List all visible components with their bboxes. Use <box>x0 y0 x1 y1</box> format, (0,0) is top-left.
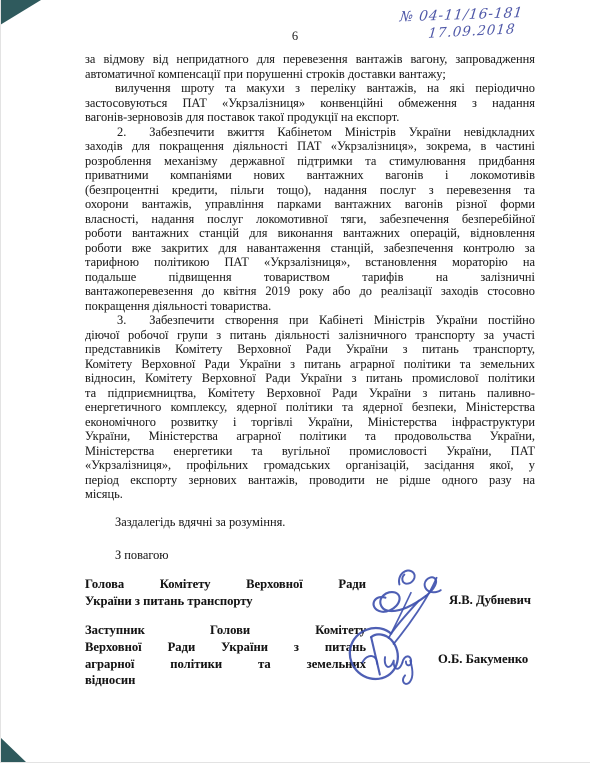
page-number: 6 <box>0 29 590 44</box>
body-line: за відмову від непридатного для перевезе… <box>85 52 535 67</box>
signatory-name-1: Я.В. Дубневич <box>449 593 531 608</box>
body-line: охорони вантажів, управління парками ван… <box>85 197 535 212</box>
closing-regards: З повагою <box>85 548 535 563</box>
body-line: автоматичної компенсації при порушенні с… <box>85 67 535 82</box>
signatory-title-line: Голова Комітету Верховної Ради <box>85 576 366 593</box>
body-line: покращення діяльності товариства. <box>85 299 535 314</box>
signatory-title-line: аграрної політики та земельних <box>85 656 366 673</box>
scan-corner-top-left <box>0 0 41 25</box>
body-line: роботи вже закритих для навантаження ста… <box>85 241 535 256</box>
body-line: тарифною політикою ПАТ «Укрзалізниця», в… <box>85 255 535 270</box>
body-line: вилучення шроту та макухи з переліку ван… <box>85 81 535 96</box>
signatory-title-line: відносин <box>85 672 366 689</box>
signatory-name-2: О.Б. Бакуменко <box>438 652 528 667</box>
body-line: розроблення механізму державної підтримк… <box>85 154 535 169</box>
closing-thanks: Заздалегідь вдячні за розуміння. <box>85 515 535 530</box>
body-line: (безпроцентні кредити, пільги тощо), над… <box>85 183 535 198</box>
letter-body: за відмову від непридатного для перевезе… <box>85 52 535 563</box>
body-line: енергетичного комплексу, ядерної політик… <box>85 400 535 415</box>
body-line: 3.Забезпечити створення при Кабінеті Мін… <box>85 313 535 328</box>
signatory-title-line: Заступник Голови Комітету <box>85 622 366 639</box>
body-line: діючої робочої групи з питань діяльності… <box>85 328 535 343</box>
body-line: вантажоперевезення до квітня 2019 року а… <box>85 284 535 299</box>
scan-corner-bottom-left <box>0 737 27 763</box>
body-line: Комітету Верховної Ради України з питань… <box>85 357 535 372</box>
body-line: «Укрзалізниця», профільних громадських о… <box>85 458 535 473</box>
signatory-title-line: Верховної Ради України з питань <box>85 639 366 656</box>
body-line: Міністерства енергетики та вугільної про… <box>85 444 535 459</box>
body-line: економічного розвитку і торгівлі України… <box>85 415 535 430</box>
body-line: місяць. <box>85 487 535 502</box>
body-line: 2.Забезпечити вжиття Кабінетом Міністрів… <box>85 125 535 140</box>
signatory-title-line: України з питань транспорту <box>85 593 366 610</box>
body-line: період експорту зернових вантажів, прово… <box>85 473 535 488</box>
body-line: та підприємництва, Комітету Верховної Ра… <box>85 386 535 401</box>
signatory-title-2: Заступник Голови Комітету Верховної Ради… <box>85 622 366 689</box>
body-line: представників Комітету Верховної Ради Ук… <box>85 342 535 357</box>
body-line: заходів для покращення діяльності ПАТ «У… <box>85 139 535 154</box>
body-line: подальше підвищення товариством тарифів … <box>85 270 535 285</box>
paragraph-text: Забезпечити вжиття Кабінетом Міністрів У… <box>149 125 535 139</box>
paragraph-number: 3. <box>117 313 126 327</box>
body-line: приватними компаніями нових вантажних ва… <box>85 168 535 183</box>
body-line: вагонів-зерновозів для поставок такої пр… <box>85 110 535 125</box>
scanned-letter-page: № 04-11/16-181 17.09.2018 6 за відмову в… <box>0 0 590 763</box>
body-line: України, Міністерства аграрної політики … <box>85 429 535 444</box>
signatory-title-1: Голова Комітету Верховної Ради України з… <box>85 576 366 610</box>
signature-squiggle-bakumenko <box>344 598 440 698</box>
body-line: власності, надання послуг локомотивної т… <box>85 212 535 227</box>
paragraph-text: Забезпечити створення при Кабінеті Мініс… <box>149 313 535 327</box>
body-line: роботи вантажних станцій для виконання в… <box>85 226 535 241</box>
scan-edge-left <box>0 0 1 763</box>
body-line: застосовуються ПАТ «Укрзалізниця» конвен… <box>85 96 535 111</box>
paragraph-number: 2. <box>117 125 126 139</box>
body-line: відносин, Комітету Верховної Ради Україн… <box>85 371 535 386</box>
